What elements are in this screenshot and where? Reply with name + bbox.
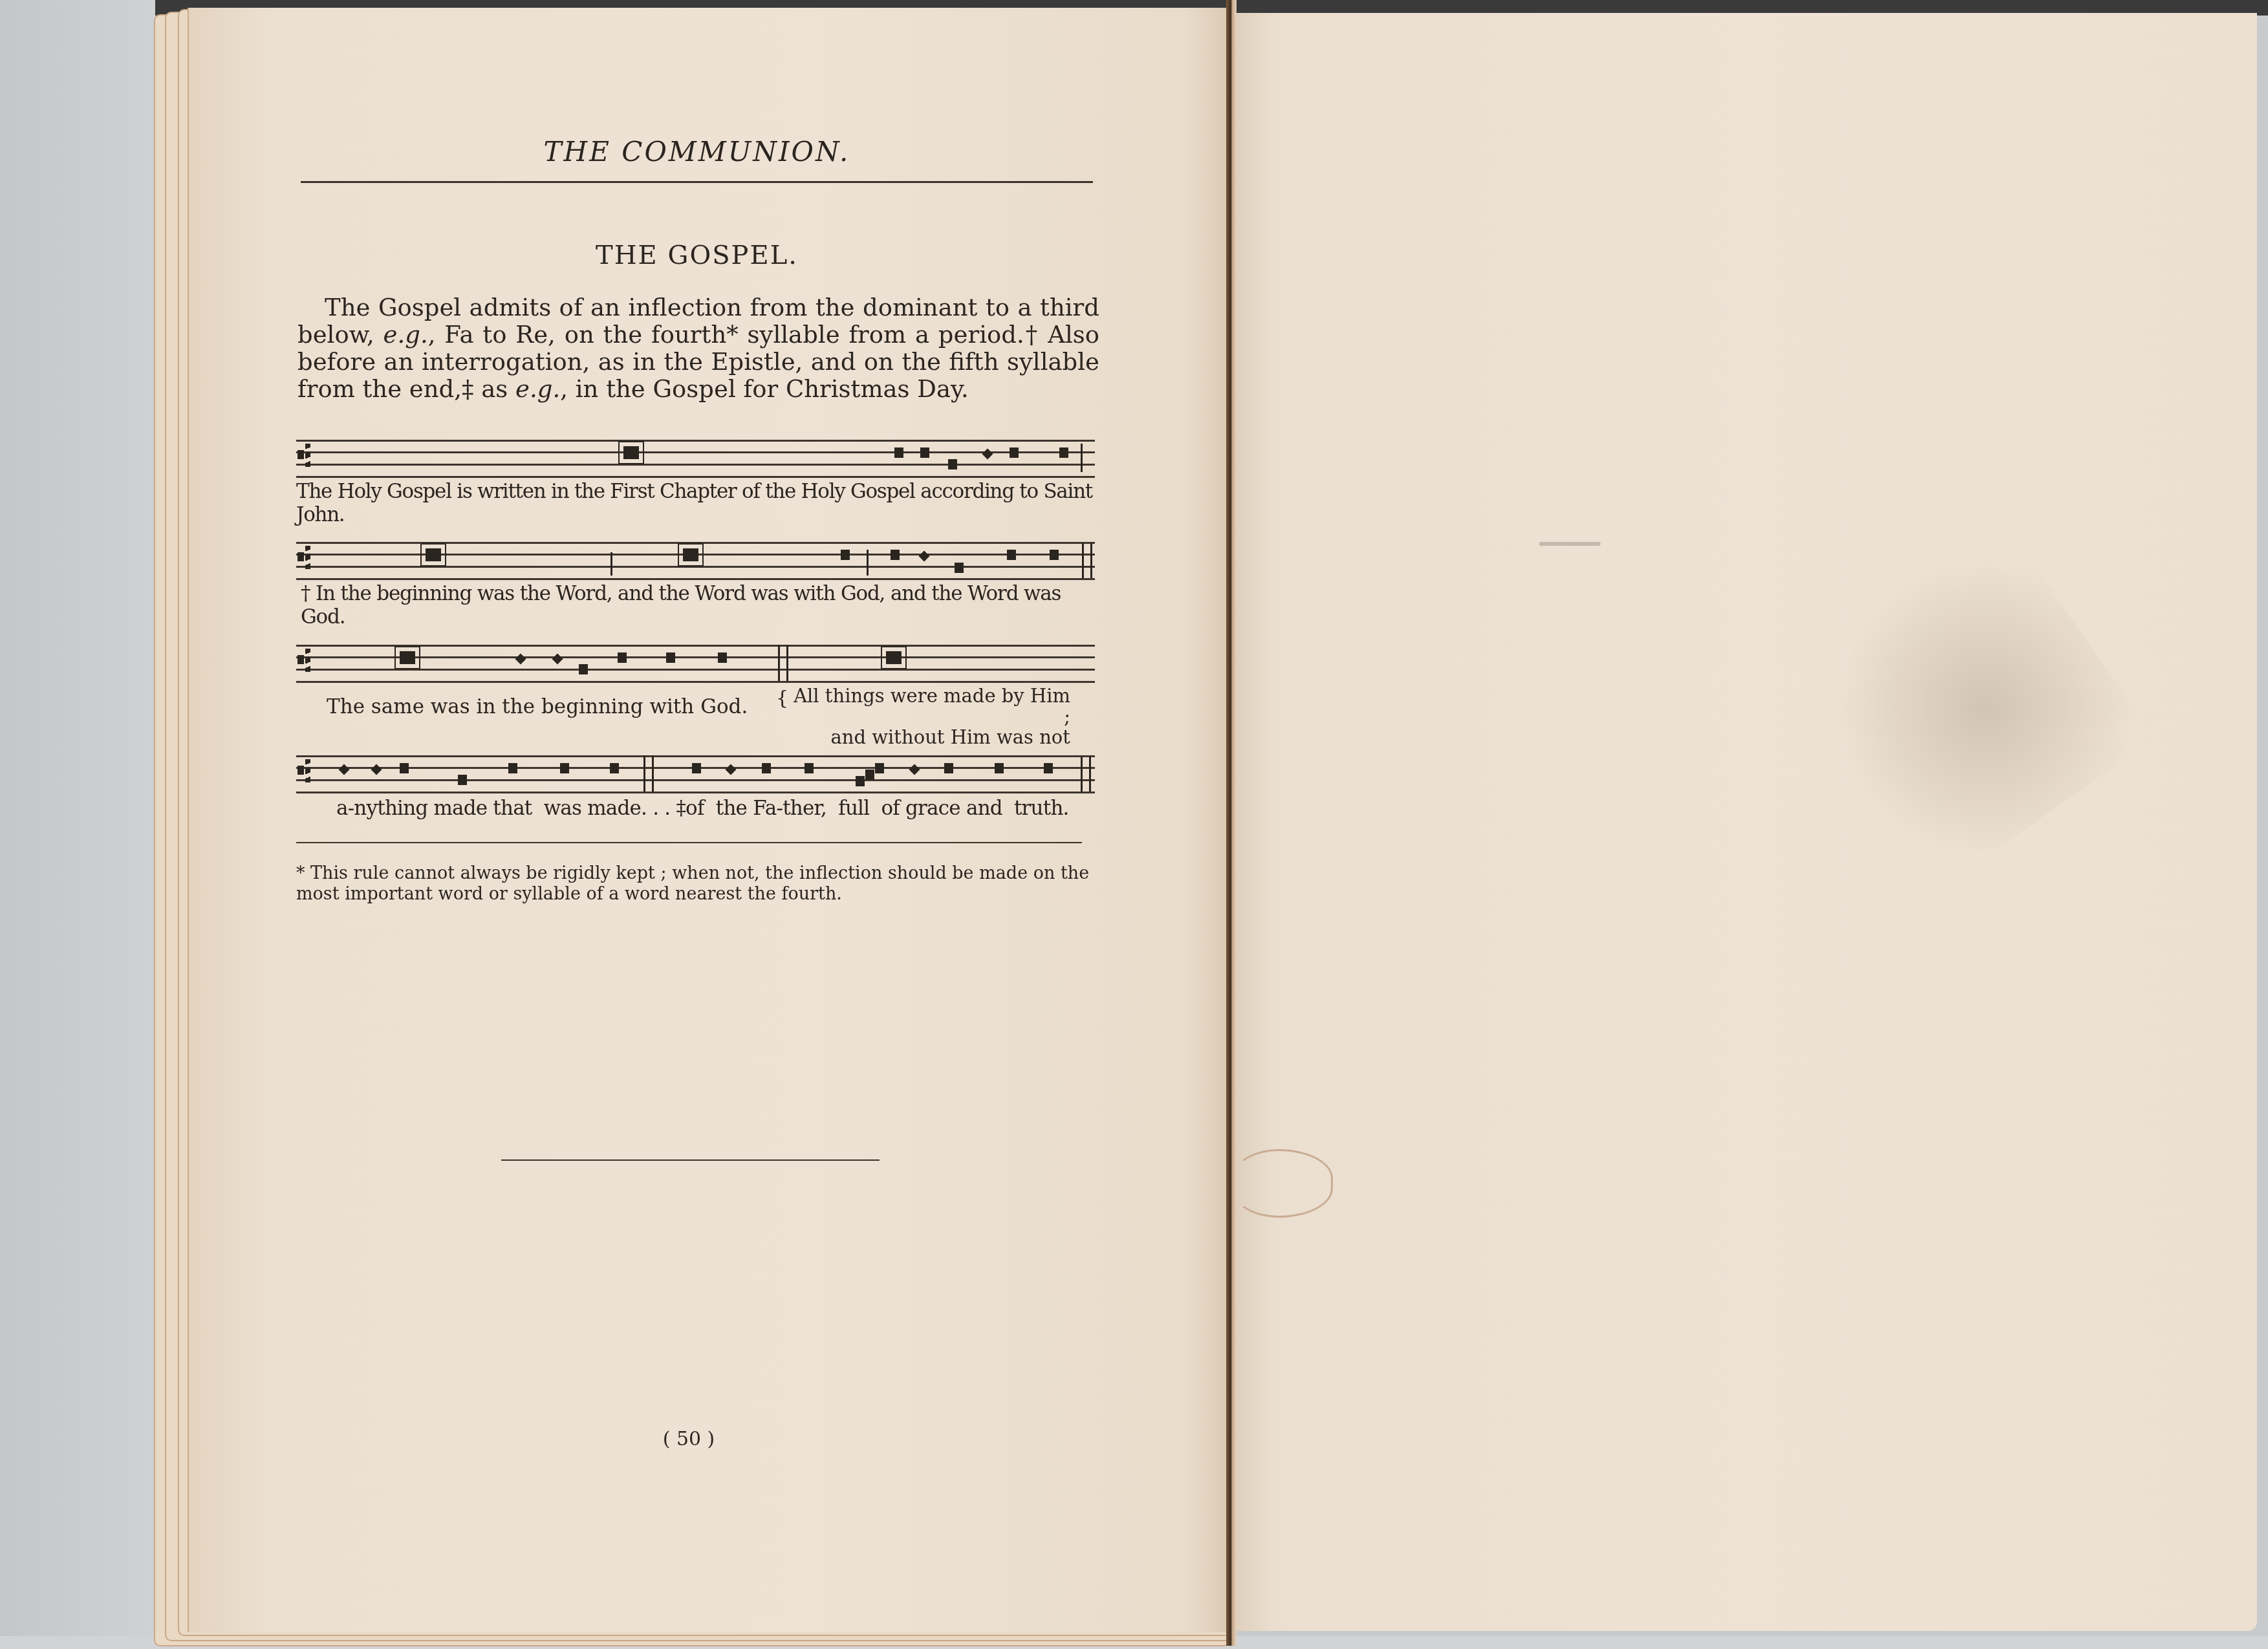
note: [894, 447, 903, 458]
footnote: * This rule cannot always be rigidly kep…: [296, 863, 1095, 905]
c-clef-icon: [297, 442, 312, 468]
running-head: THE COMMUNION.: [301, 136, 1093, 167]
note: [995, 763, 1004, 773]
c-clef-icon: [297, 544, 312, 570]
note-diamond: [339, 764, 350, 775]
scanner-background: [0, 0, 155, 1649]
note-diamond: [982, 449, 993, 460]
note-diamond: [909, 764, 920, 775]
double-bar: [1082, 543, 1092, 578]
note: [610, 763, 619, 773]
double-bar: [778, 645, 788, 681]
note: [920, 447, 929, 458]
note-diamond: [552, 654, 563, 665]
note: [1050, 550, 1059, 560]
note: [856, 776, 865, 786]
note: [1007, 550, 1016, 560]
header-rule: [301, 181, 1093, 183]
note-diamond: [726, 764, 737, 775]
note: [865, 770, 874, 780]
note: [666, 652, 675, 663]
reciting-note: [683, 548, 698, 561]
note: [718, 652, 727, 663]
book-spine: [1226, 0, 1237, 1646]
note: [1010, 447, 1019, 458]
footnote-rule: [296, 842, 1082, 843]
reciting-note: [623, 446, 639, 459]
chant-lyric-3-right: All things were made by Him ;and without…: [786, 685, 1070, 748]
note: [579, 664, 588, 674]
chant-lyric-3-left: The same was in the beginning with God.: [327, 695, 748, 718]
right-page: [1235, 13, 2257, 1631]
reciting-note: [426, 548, 441, 561]
page-number: ( 50 ): [656, 1428, 721, 1450]
paper-smudge: [1539, 542, 1601, 546]
binding-thread-loop: [1232, 1149, 1333, 1218]
note: [762, 763, 771, 773]
chant-staff-1: [296, 440, 1095, 477]
bar-line: [1081, 444, 1083, 472]
note: [400, 763, 409, 773]
double-bar: [643, 755, 654, 792]
note-diamond: [919, 551, 930, 562]
chant-staff-4: [296, 755, 1095, 793]
note: [805, 763, 814, 773]
note: [955, 563, 964, 573]
note: [560, 763, 569, 773]
end-rule: [501, 1159, 880, 1161]
note: [948, 459, 957, 469]
note: [1044, 763, 1053, 773]
note: [1059, 447, 1068, 458]
reciting-note: [400, 651, 415, 664]
c-clef-icon: [297, 758, 312, 784]
bar-line: [610, 552, 612, 576]
c-clef-icon: [297, 647, 312, 673]
note-diamond: [515, 654, 526, 665]
note: [618, 652, 627, 663]
note: [891, 550, 900, 560]
chant-staff-3: [296, 645, 1095, 682]
note-diamond: [371, 764, 382, 775]
chant-staff-2: [296, 542, 1095, 579]
chant-lyric-2: † In the beginning was the Word, and the…: [301, 582, 1103, 629]
reciting-note: [886, 651, 902, 664]
section-title: THE GOSPEL.: [301, 241, 1093, 270]
note: [841, 550, 850, 560]
bar-line: [867, 550, 869, 576]
note: [944, 763, 953, 773]
chant-lyric-4: a-nything made that was made. . . ‡of th…: [336, 797, 1099, 820]
note: [692, 763, 701, 773]
intro-paragraph: The Gospel admits of an inflection from …: [297, 294, 1099, 403]
double-bar: [1081, 757, 1091, 792]
chant-lyric-1: The Holy Gospel is written in the First …: [296, 480, 1098, 526]
note: [458, 775, 467, 785]
note: [508, 763, 517, 773]
note: [875, 763, 884, 773]
